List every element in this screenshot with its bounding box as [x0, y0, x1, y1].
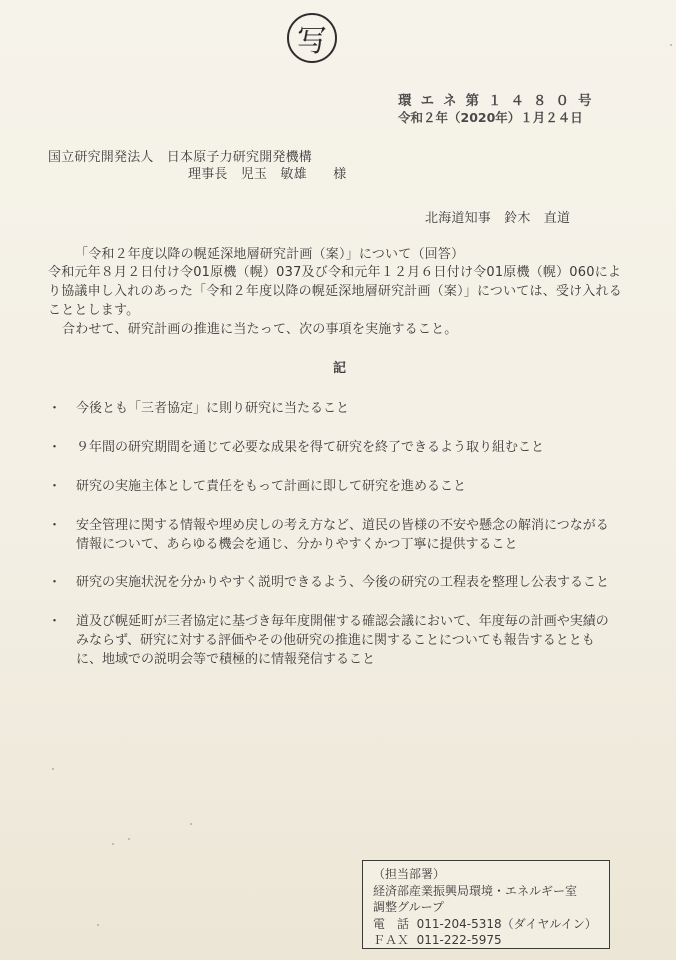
body-line: 令和元年８月２日付け令01原機（幌）037及び令和元年１２月６日付け令01原機（… — [48, 261, 621, 280]
list-item: ・９年間の研究期間を通じて必要な成果を得て研究を終了できるよう取り組むこと — [48, 436, 544, 455]
item-text: 今後とも「三者協定」に則り研究に当たること — [76, 401, 349, 416]
ki-heading: 記 — [333, 357, 346, 376]
contact-fax-row: ＦＡＸ 011-222-5975 — [373, 932, 609, 949]
paper-speck — [128, 838, 130, 840]
scanned-letter-page: 写 環エネ第１４８０号 令和２年（2020年）１月２４日 国立研究開発法人 日本… — [0, 0, 676, 960]
phone-label: 電 話 — [373, 917, 409, 931]
paper-speck — [226, 488, 228, 490]
item-text: 安全管理に関する情報や埋め戻しの考え方など、道民の皆様の不安や懸念の解消につなが… — [76, 518, 609, 533]
paper-speck — [670, 44, 672, 46]
phone-number: 011-204-5318（ダイヤルイン） — [417, 917, 597, 931]
list-item: ・研究の実施状況を分かりやすく説明できるよう、今後の研究の工程表を整理し公表する… — [48, 571, 609, 590]
copy-stamp-icon: 写 — [287, 13, 337, 63]
contact-department: 経済部産業振興局環境・エネルギー室 — [373, 883, 609, 900]
list-item: ・道及び幌延町が三者協定に基づき毎年度開催する確認会議において、年度毎の計画や実… — [48, 610, 609, 629]
sender: 北海道知事 鈴木 直道 — [425, 207, 570, 226]
body-line: こととします。 — [48, 299, 139, 318]
item-text: ９年間の研究期間を通じて必要な成果を得て研究を終了できるよう取り組むこと — [76, 440, 544, 455]
paper-speck — [52, 768, 54, 770]
list-item: ・今後とも「三者協定」に則り研究に当たること — [48, 397, 349, 416]
item-text: 研究の実施主体として責任をもって計画に即して研究を進めること — [76, 479, 466, 494]
contact-phone-row: 電 話 011-204-5318（ダイヤルイン） — [373, 916, 609, 933]
document-number: 環エネ第１４８０号 — [398, 89, 601, 109]
list-item-continuation: に、地域での説明会等で積極的に情報発信すること — [76, 648, 375, 667]
body-line: り協議申し入れのあった「令和２年度以降の幌延深地層研究計画（案）」については、受… — [48, 280, 622, 299]
paper-speck — [112, 843, 114, 845]
fax-label: ＦＡＸ — [373, 933, 409, 947]
body-line: 合わせて、研究計画の推進に当たって、次の事項を実施すること。 — [62, 318, 457, 337]
document-date: 令和２年（2020年）１月２４日 — [398, 108, 583, 126]
contact-heading: （担当部署） — [373, 866, 609, 883]
contact-group: 調整グループ — [373, 899, 609, 916]
paper-speck — [97, 924, 99, 926]
fax-number: 011-222-5975 — [417, 933, 502, 947]
bullet-icon: ・ — [48, 610, 76, 629]
list-item-continuation: みならず、研究に対する評価やその他研究の推進に関することについても報告するととも — [76, 629, 595, 648]
list-item: ・安全管理に関する情報や埋め戻しの考え方など、道民の皆様の不安や懸念の解消につな… — [48, 514, 609, 533]
list-item: ・研究の実施主体として責任をもって計画に即して研究を進めること — [48, 475, 466, 494]
list-item-continuation: 情報について、あらゆる機会を通じ、分かりやすくかつ丁寧に提供すること — [76, 533, 517, 552]
item-text: 道及び幌延町が三者協定に基づき毎年度開催する確認会議において、年度毎の計画や実績… — [76, 614, 609, 629]
item-text: 研究の実施状況を分かりやすく説明できるよう、今後の研究の工程表を整理し公表するこ… — [76, 575, 609, 590]
bullet-icon: ・ — [48, 571, 76, 590]
addressee-name: 理事長 児玉 敏雄 様 — [188, 163, 346, 182]
bullet-icon: ・ — [48, 514, 76, 533]
bullet-icon: ・ — [48, 475, 76, 494]
bullet-icon: ・ — [48, 436, 76, 455]
paper-speck — [190, 823, 192, 825]
bullet-icon: ・ — [48, 397, 76, 416]
contact-box: （担当部署） 経済部産業振興局環境・エネルギー室 調整グループ 電 話 011-… — [362, 860, 610, 949]
subject-line: 「令和２年度以降の幌延深地層研究計画（案）」について（回答） — [75, 243, 464, 262]
stamp-glyph: 写 — [297, 16, 327, 60]
